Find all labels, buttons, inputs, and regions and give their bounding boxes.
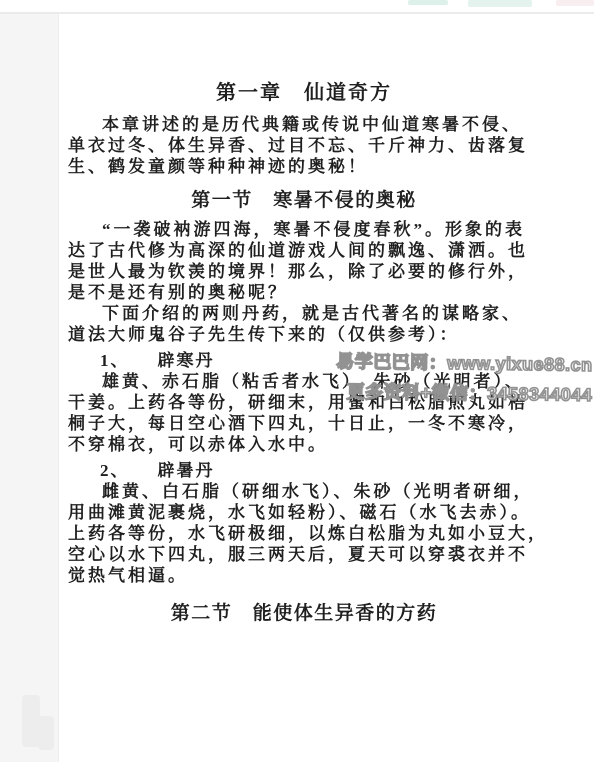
text-line: 单衣过冬、体生异香、过目不忘、千斤神力、齿落复: [68, 135, 540, 156]
text-line: 桐子大，每日空心酒下四丸，十日止，一冬不寒冷，: [68, 413, 540, 434]
section-1-paragraph-1: “一袭破衲游四海，寒暑不侵度春秋”。形象的表 达了古代修为高深的仙道游戏人间的飘…: [68, 219, 540, 303]
text-line: 本章讲述的是历代典籍或传说中仙道寒暑不侵、: [68, 114, 540, 135]
recipe-1-heading: 1、辟寒丹: [68, 350, 540, 371]
recipe-1-text: 雄黄、赤石脂（粘舌者水飞）、朱砂（光明者）、 干姜。上药各等份，研细末，用蜜和白…: [68, 371, 540, 455]
text-line: 用曲滩黄泥裹烧，水飞如轻粉）、磁石（水飞去赤）。: [68, 502, 540, 523]
text-line: 是世人最为钦羡的境界！那么，除了必要的修行外，: [68, 261, 540, 282]
section-2-title: 第二节 能使体生异香的方药: [68, 602, 540, 626]
text-line: 雄黄、赤石脂（粘舌者水飞）、朱砂（光明者）、: [68, 371, 540, 392]
text-line: 上药各等份，水飞研极细，以炼白松脂为丸如小豆大，: [68, 523, 540, 544]
scanned-book-page: 第一章 仙道奇方 本章讲述的是历代典籍或传说中仙道寒暑不侵、 单衣过冬、体生异香…: [0, 0, 594, 762]
recipe-1-number: 1、: [100, 351, 130, 370]
text-line: 觉热气相逼。: [68, 565, 540, 586]
page-content: 第一章 仙道奇方 本章讲述的是历代典籍或传说中仙道寒暑不侵、 单衣过冬、体生异香…: [0, 0, 594, 626]
scan-smudge: [38, 716, 54, 750]
text-line: 生、鹤发童颜等种种神迹的奥秘！: [68, 156, 540, 177]
recipe-2-heading: 2、辟暑丹: [68, 460, 540, 481]
text-line: “一袭破衲游四海，寒暑不侵度春秋”。形象的表: [68, 219, 540, 240]
text-line: 不穿棉衣，可以赤体入水中。: [68, 434, 540, 455]
text-line: 是不是还有别的奥秘呢？: [68, 282, 540, 303]
text-line: 达了古代修为高深的仙道游戏人间的飘逸、潇洒。也: [68, 240, 540, 261]
recipe-2-text: 雌黄、白石脂（研细水飞）、朱砂（光明者研细， 用曲滩黄泥裹烧，水飞如轻粉）、磁石…: [68, 481, 540, 586]
recipe-2-number: 2、: [100, 461, 130, 480]
text-line: 空心以水下四丸，服三两天后，夏天可以穿裘衣并不: [68, 544, 540, 565]
section-1-title: 第一节 寒暑不侵的奥秘: [68, 189, 540, 213]
intro-paragraph: 本章讲述的是历代典籍或传说中仙道寒暑不侵、 单衣过冬、体生异香、过目不忘、千斤神…: [68, 114, 540, 177]
section-1-paragraph-2: 下面介绍的两则丹药，就是古代著名的谋略家、 道法大师鬼谷子先生传下来的（仅供参考…: [68, 303, 540, 345]
recipe-2-name: 辟暑丹: [158, 461, 215, 480]
chapter-title: 第一章 仙道奇方: [68, 81, 540, 105]
text-line: 雌黄、白石脂（研细水飞）、朱砂（光明者研细，: [68, 481, 540, 502]
text-line: 道法大师鬼谷子先生传下来的（仅供参考）：: [68, 324, 540, 345]
recipe-1-name: 辟寒丹: [158, 351, 215, 370]
text-line: 下面介绍的两则丹药，就是古代著名的谋略家、: [68, 303, 540, 324]
text-line: 干姜。上药各等份，研细末，用蜜和白松脂煎丸如梧: [68, 392, 540, 413]
